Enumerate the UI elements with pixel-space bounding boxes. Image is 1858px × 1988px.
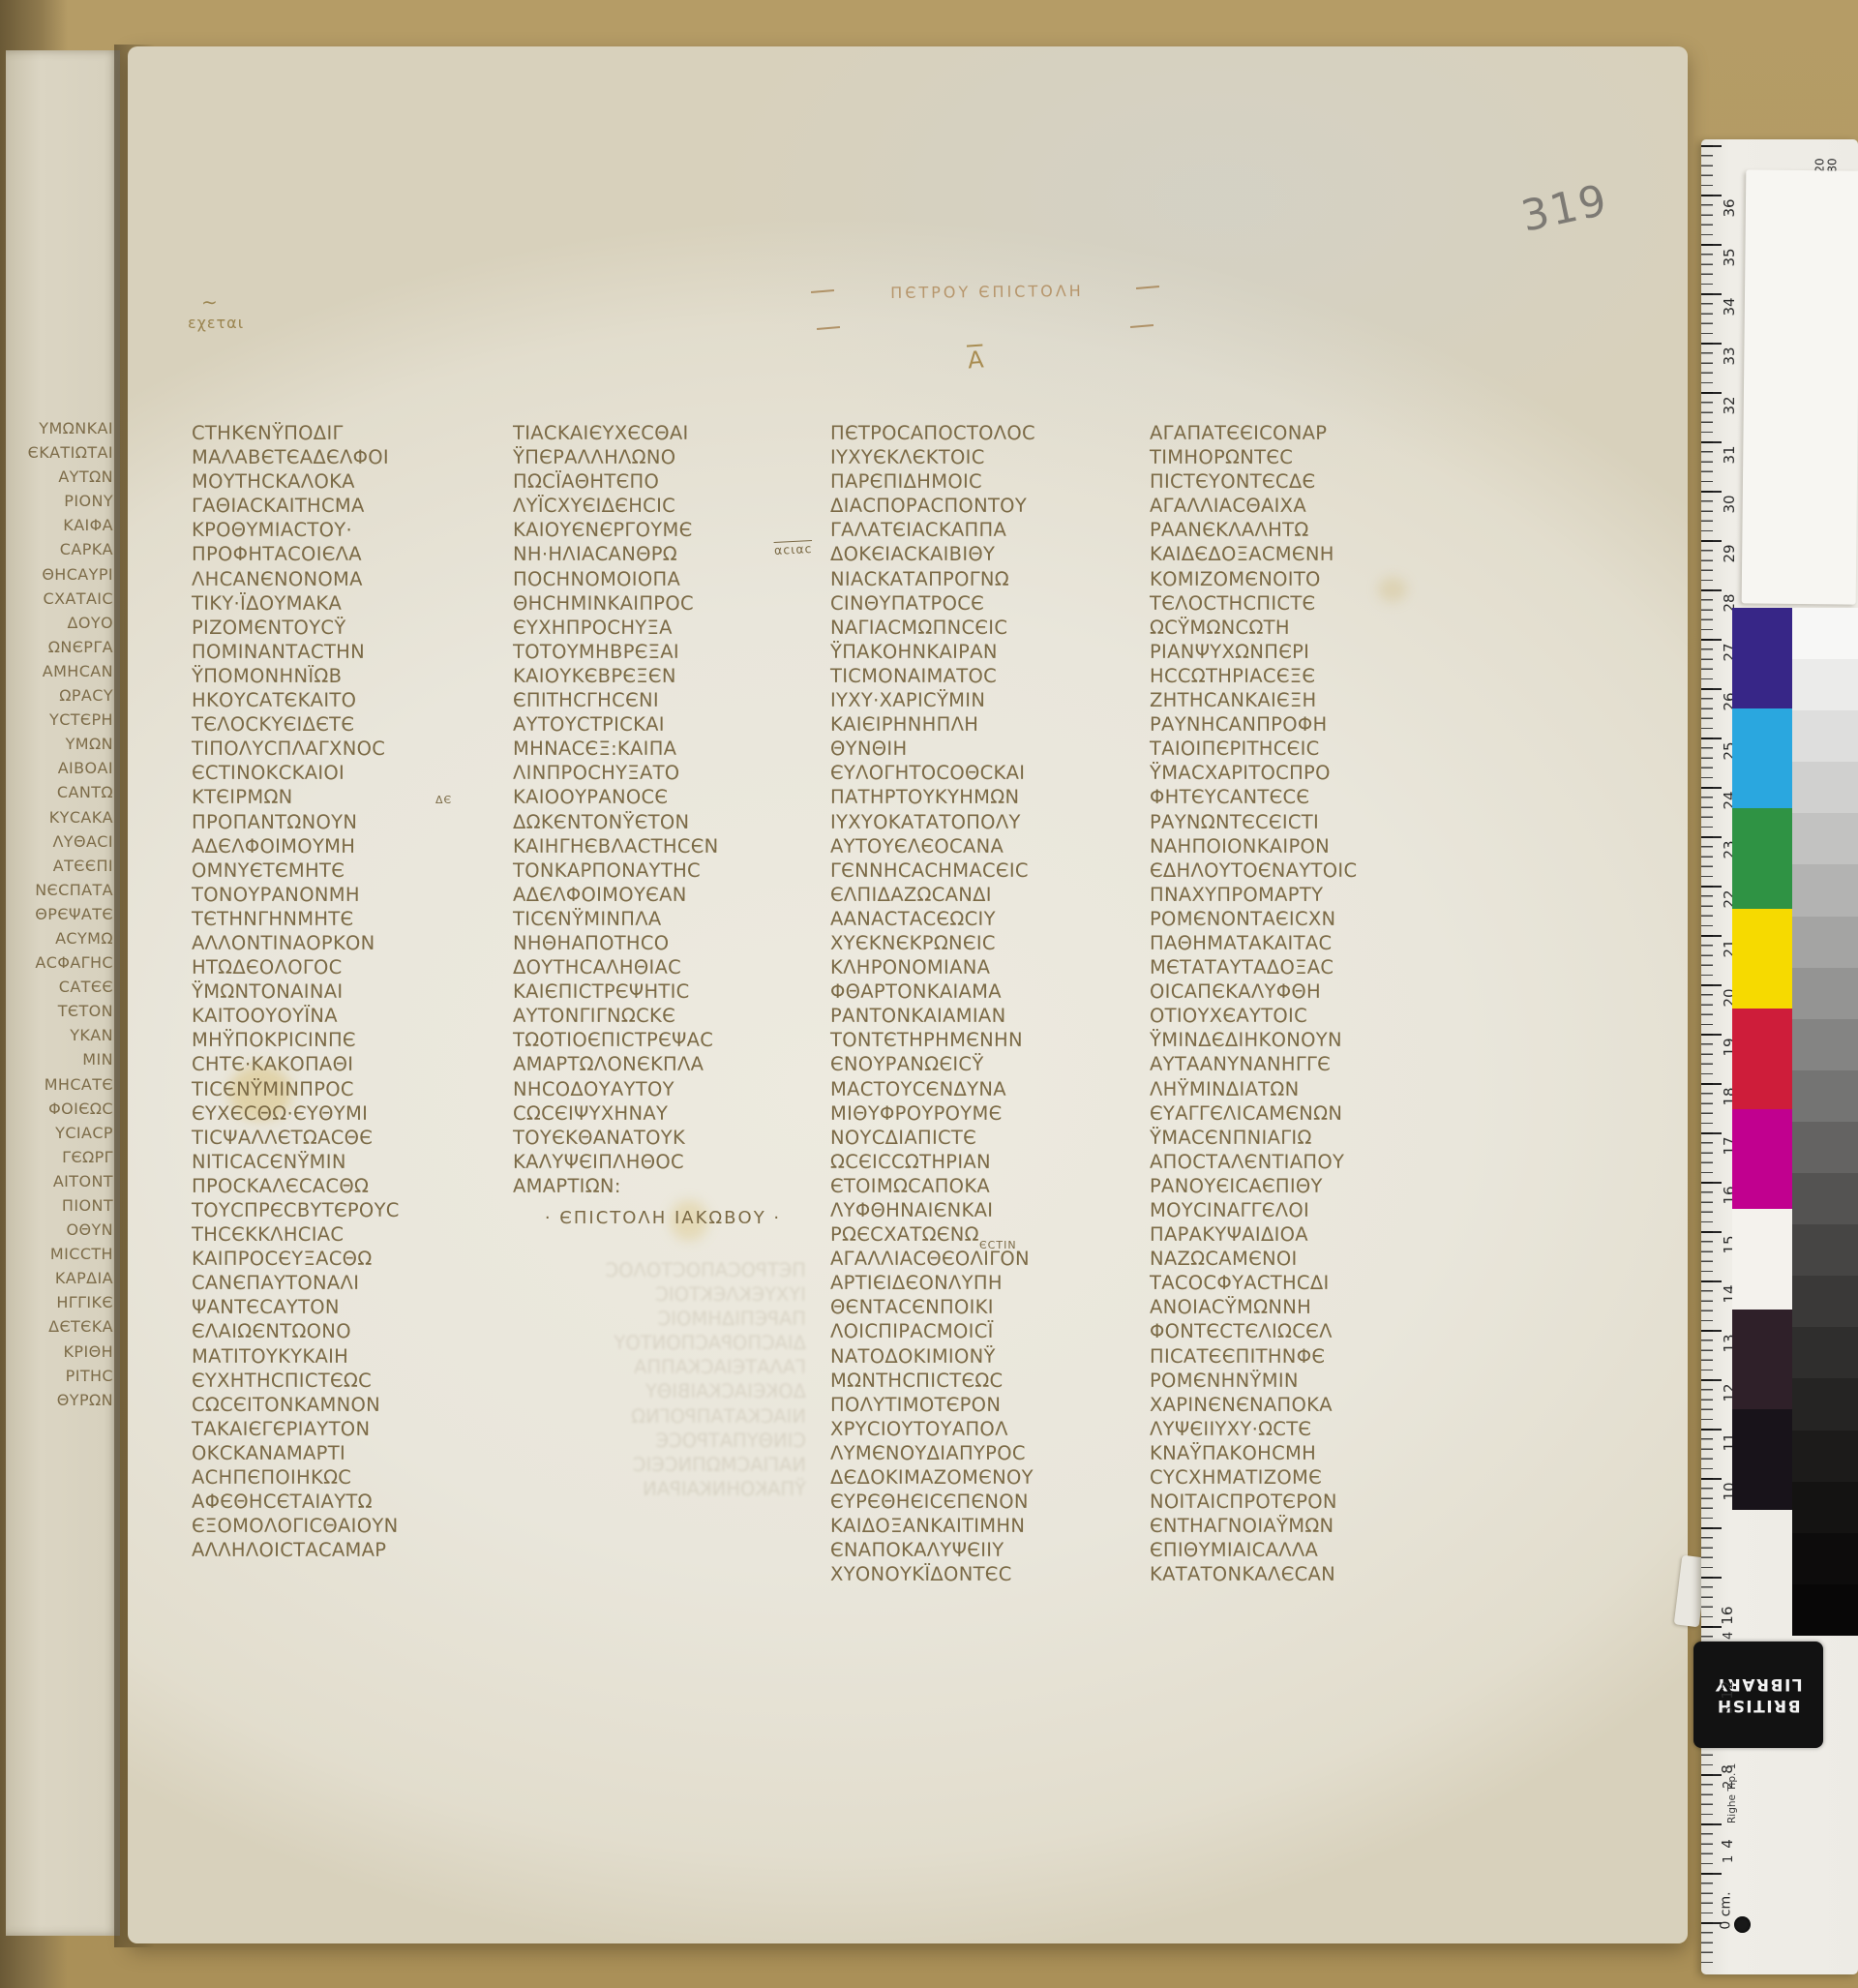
manuscript-line: ΑΛΛΗΛΟΙCΤΑCΑΜΑΡ <box>192 1538 501 1562</box>
manuscript-line: CΩCЄΙΨΥΧΗΝΑΥ <box>513 1101 823 1126</box>
facing-page-line-fragment: ΑCΦΑΓΗC <box>6 950 120 975</box>
gray-step <box>1792 1019 1858 1070</box>
white-calibration-card <box>1742 169 1858 604</box>
gray-step <box>1792 710 1858 762</box>
facing-page-line-fragment: ΥΜΩΝΚΑΙ <box>6 416 120 440</box>
manuscript-line: ΫΠЄΡΑΛΛΗΛΩΝΟ <box>513 445 823 469</box>
gray-step <box>1792 762 1858 813</box>
manuscript-line: ΚΑΙΗΓΗЄΒΛΑCΤΗCЄΝ <box>513 834 823 858</box>
manuscript-line: ЄΝΑΠΟΚΑΛΥΨЄΙΙΥ <box>830 1538 1140 1562</box>
manuscript-line: ΫΜΑCЄΝΠΝΙΑΓΙΩ <box>1150 1126 1459 1150</box>
pair-big: 4 <box>1719 1839 1736 1849</box>
manuscript-line: ΑΥΤΟΥCΤΡΙCΚΑΙ <box>513 712 823 737</box>
facing-page-line-fragment: ΝЄCΠΑΤΑ <box>6 878 120 902</box>
facing-page-line-fragment: ΜΗCΑΤЄ <box>6 1072 120 1097</box>
manuscript-line: ΤΟΥЄΚΘΑΝΑΤΟΥΚ <box>513 1126 823 1150</box>
manuscript-line: ΠΑΡЄΠΙΔΗΜΟΙC <box>830 469 1140 494</box>
facing-page-line-fragment: ΤЄΤΟΝ <box>6 999 120 1023</box>
facing-page-line-fragment: ΑΥΤΩΝ <box>6 465 120 489</box>
manuscript-line: ΓΑΘΙΑCΚΑΙΤΗCΜΑ <box>192 494 501 518</box>
corrector-note-de: ΔЄ <box>435 794 452 806</box>
facing-page-line-fragment: ΔΟΥΟ <box>6 611 120 635</box>
manuscript-line: ΑΑΝΑCΤΑCЄΩCΙΥ <box>830 907 1140 931</box>
manuscript-line: ΛΥΦΘΗΝΑΙЄΝΚΑΙ <box>830 1198 1140 1222</box>
manuscript-line: ЄΠΙΤΗCΓΗCЄΝΙ <box>513 688 823 712</box>
facing-page-line-fragment: ΜΙCCΤΗ <box>6 1242 120 1266</box>
facing-page-line-fragment: ΚΑΡΔΙΑ <box>6 1266 120 1290</box>
manuscript-line: ΩCЄΙCCΩΤΗΡΙΑΝ <box>830 1150 1140 1174</box>
manuscript-line: ΑΓΑΛΛΙΑCΘΑΙΧΑ <box>1150 494 1459 518</box>
facing-page-line-fragment: ΥCΙΑCΡ <box>6 1121 120 1145</box>
facing-page-line-fragment: ΟΘΥΝ <box>6 1218 120 1242</box>
manuscript-line: ЄΥΧΗΤΗCΠΙCΤЄΩC <box>192 1369 501 1393</box>
james-subscription: · ЄΠΙCΤΟΛΗ ΙΑΚΩΒΟΥ · <box>513 1208 813 1228</box>
manuscript-line: ΚΑΙЄΠΙCΤΡЄΨΗΤΙC <box>513 979 823 1004</box>
facing-page-line-fragment: ΩΝЄΡΓΑ <box>6 635 120 659</box>
facing-page-line-fragment: ΜΙΝ <box>6 1047 120 1071</box>
title-flourish <box>811 289 834 293</box>
quire-note-echetai: εχεται <box>188 314 244 332</box>
manuscript-line: ΑΡΤΙЄΙΔЄΟΝΛΥΠΗ <box>830 1271 1140 1295</box>
manuscript-line: ΡΟΜЄΝΟΝΤΑЄΙCΧΝ <box>1150 907 1459 931</box>
manuscript-line: ΚΑΙΔЄΔΟΞΑCΜЄΝΗ <box>1150 542 1459 566</box>
manuscript-line: ΡΑΑΝЄΚΛΑΛΗΤΩ <box>1150 518 1459 542</box>
manuscript-line: ΚΑΙΟΥЄΝЄΡΓΟΥΜЄ <box>513 518 823 542</box>
manuscript-line: ΠΑΡΑΚΥΨΑΙΔΙΟΑ <box>1150 1222 1459 1247</box>
facing-page-line-fragment: ΦΟΙЄΩC <box>6 1097 120 1121</box>
manuscript-line: ΜЄΤΑΤΑΥΤΑΔΟΞΑC <box>1150 955 1459 979</box>
corrector-note-estin: ЄCΤΙΝ <box>979 1239 1017 1251</box>
manuscript-line: ЄΤΟΙΜΩCΑΠΟΚΑ <box>830 1174 1140 1198</box>
manuscript-line: ΓΑΛΑΤЄΙΑCΚΑΠΠΑ <box>830 518 1140 542</box>
manuscript-line: ΠΡΟCΚΑΛЄCΑCΘΩ <box>192 1174 501 1198</box>
manuscript-line: ΧΑΡΙΝЄΝЄΝΑΠΟΚΑ <box>1150 1393 1459 1417</box>
gray-step <box>1792 864 1858 916</box>
ruler-number: 35 <box>1721 243 1738 272</box>
facing-page-line-fragment: ΥΚΑΝ <box>6 1023 120 1047</box>
manuscript-line: ΙΥΧΥЄΚΛЄΚΤΟΙC <box>830 445 1140 469</box>
manuscript-line: ΟΤΙΟΥΧЄΑΥΤΟΙC <box>1150 1004 1459 1028</box>
manuscript-line: ΠΝΑΧΥΠΡΟΜΑΡΤΥ <box>1150 883 1459 907</box>
manuscript-line: ЄΝΟΥΡΑΝΩЄΙCΫ <box>830 1052 1140 1076</box>
bleedthrough-line: ΠЄΤΡΟCΑΠΟCΤΟΛΟC <box>511 1258 806 1282</box>
manuscript-line: ΑΜΑΡΤΙΩΝ: <box>513 1174 823 1198</box>
manuscript-line: ΚΡΟΘΥΜΙΑCΤΟΥ· <box>192 518 501 542</box>
manuscript-line: ΟΙCΑΠЄΚΑΛΥΦΘΗ <box>1150 979 1459 1004</box>
manuscript-line: ΚΟΜΙΖΟΜЄΝΟΙΤΟ <box>1150 567 1459 591</box>
manuscript-line: ΑΦЄΘΗCЄΤΑΙΑΥΤΩ <box>192 1490 501 1514</box>
facing-page-line-fragment: ΡΙΤΗC <box>6 1364 120 1388</box>
manuscript-line: ΤΙΜΗΟΡΩΝΤЄC <box>1150 445 1459 469</box>
manuscript-line: ΡΑΝΤΟΝΚΑΙΑΜΙΑΝ <box>830 1004 1140 1028</box>
gray-step <box>1792 1584 1858 1636</box>
manuscript-line: ΛΥΪCΧΥЄΙΔЄΗCΙC <box>513 494 823 518</box>
manuscript-line: ΚΤЄΙΡΜΩΝ <box>192 785 501 809</box>
manuscript-line: ΡΙΑΝΨΥΧΩΝΠЄΡΙ <box>1150 640 1459 664</box>
manuscript-line: ΚΑΛΥΨЄΙΠΛΗΘΟC <box>513 1150 823 1174</box>
manuscript-line: ΜΟΥΤΗCΚΑΛΟΚΑ <box>192 469 501 494</box>
manuscript-line: ΜΑCΤΟΥCЄΝΔΥΝΑ <box>830 1077 1140 1101</box>
facing-page-line-fragment: ΥΜΩΝ <box>6 732 120 756</box>
facing-page-line-fragment: ΘΗCΑΥΡΙ <box>6 562 120 587</box>
bleedthrough-line: ΓΑΛΑΤЄΙΑCΚΑΠΠΑ <box>511 1355 806 1379</box>
manuscript-line: ΝΗΘΗΑΠΟΤΗCΟ <box>513 931 823 955</box>
color-patch <box>1732 608 1792 708</box>
manuscript-line: CΩCЄΙΤΟΝΚΑΜΝΟΝ <box>192 1393 501 1417</box>
gray-step <box>1792 1378 1858 1430</box>
manuscript-line: ΑΝΟΙΑCΫΜΩΝΝΗ <box>1150 1295 1459 1319</box>
manuscript-line: ΑΥΤΑΑΝΥΝΑΝΗΓΓЄ <box>1150 1052 1459 1076</box>
manuscript-line: ΨΑΝΤЄCΑΥΤΟΝ <box>192 1295 501 1319</box>
facing-page-line-fragment: ΛΥΘΑCΙ <box>6 829 120 854</box>
manuscript-line: ΟΚCΚΑΝΑΜΑΡΤΙ <box>192 1441 501 1465</box>
color-patch <box>1732 909 1792 1009</box>
manuscript-line: ΔΙΑCΠΟΡΑCΠΟΝΤΟΥ <box>830 494 1140 518</box>
facing-page-line-fragment: ΔЄΤЄΚΑ <box>6 1314 120 1339</box>
manuscript-line: CΑΝЄΠΑΥΤΟΝΑΛΙ <box>192 1271 501 1295</box>
facing-page-line-fragment: ΚΥCΑΚΑ <box>6 805 120 829</box>
manuscript-line: ΜΗΫΠΟΚΡΙCΙΝΠЄ <box>192 1028 501 1052</box>
manuscript-line: ΫΜΩΝΤΟΝΑΙΝΑΙ <box>192 979 501 1004</box>
manuscript-line: ΤЄΤΗΝΓΗΝΜΗΤЄ <box>192 907 501 931</box>
pair-big: 16 <box>1719 1607 1736 1625</box>
manuscript-line: ΠΡΟΦΗΤΑCΟΙЄΛΑ <box>192 542 501 566</box>
manuscript-line: ΛΙΝΠΡΟCΗΥΞΑΤΟ <box>513 761 823 785</box>
ruler-pair-number: 312 <box>1719 1670 1736 1714</box>
bleedthrough-line: ΫΠΑΚΟΗΝΚΑΙΡΑΝ <box>511 1477 806 1501</box>
manuscript-line: ΦΗΤЄΥCΑΝΤЄCЄ <box>1150 785 1459 809</box>
manuscript-line: ΤΑCΟCΦΥΑCΤΗCΔΙ <box>1150 1271 1459 1295</box>
manuscript-line: ΫΠΑΚΟΗΝΚΑΙΡΑΝ <box>830 640 1140 664</box>
facing-page-line-fragment: ΥCΤЄΡΗ <box>6 708 120 732</box>
manuscript-line: ΑΔЄΛΦΟΙΜΟΥΜΗ <box>192 834 501 858</box>
manuscript-line: ΟΜΝΥЄΤЄΜΗΤЄ <box>192 858 501 883</box>
title-flourish <box>1136 286 1159 289</box>
calibration-ruler: 20 80 3635343332313029282726252423222120… <box>1701 139 1858 1974</box>
manuscript-line: ЄΝΤΗΑΓΝΟΙΑΫΜΩΝ <box>1150 1514 1459 1538</box>
manuscript-line: ΘΗCΗΜΙΝΚΑΙΠΡΟC <box>513 591 823 616</box>
manuscript-line: ΧΥΟΝΟΥΚΪΔΟΝΤЄC <box>830 1562 1140 1586</box>
grayscale-ramp <box>1792 608 1858 1636</box>
gray-step <box>1792 1327 1858 1378</box>
manuscript-line: ΤΙCΜΟΝΑΙΜΑΤΟC <box>830 664 1140 688</box>
manuscript-line: ΜΟΥCΙΝΑΓΓЄΛΟΙ <box>1150 1198 1459 1222</box>
folio-number-pencil: 319 <box>1517 175 1613 242</box>
manuscript-line: ΛΗCΑΝЄΝΟΝΟΜΑ <box>192 567 501 591</box>
facing-page-edge: ΥΜΩΝΚΑΙЄΚΑΤΙΩΤΑΙΑΥΤΩΝΡΙΟΝΥΚΑΙΦΑCΑΡΚΑΘΗCΑ… <box>6 50 120 1936</box>
manuscript-line: ΤΙCЄΝΫΜΙΝΠΡΟC <box>192 1077 501 1101</box>
gray-step <box>1792 1224 1858 1276</box>
manuscript-line: ΤΟΝΤЄΤΗΡΗΜЄΝΗΝ <box>830 1028 1140 1052</box>
manuscript-line: ΠΑΤΗΡΤΟΥΚΥΗΜΩΝ <box>830 785 1140 809</box>
manuscript-line: ЄΥΛΟΓΗΤΟCΟΘCΚΑΙ <box>830 761 1140 785</box>
ruler-number: 30 <box>1721 490 1738 519</box>
manuscript-line: ΑΠΟCΤΑΛЄΝΤΙΑΠΟΥ <box>1150 1150 1459 1174</box>
manuscript-line: ΠΟCΗΝΟΜΟΙΟΠΑ <box>513 567 823 591</box>
ruler-number: 36 <box>1721 194 1738 223</box>
manuscript-line: ΚΑΙЄΙΡΗΝΗΠΛΗ <box>830 712 1140 737</box>
manuscript-line: ΛΟΙCΠΙΡΑCΜΟΙCΪ <box>830 1319 1140 1343</box>
manuscript-line: ΤΑΚΑΙЄΓЄΡΙΑΥΤΟΝ <box>192 1417 501 1441</box>
bleedthrough-line: ΔΙΑCΠΟΡΑCΠΟΝΤΟΥ <box>511 1331 806 1355</box>
bleedthrough-line: ΔΟΚЄΙΑCΚΑΙΒΙΘΥ <box>511 1379 806 1403</box>
gray-step <box>1792 1276 1858 1327</box>
manuscript-line: ΤЄΛΟCΚΥЄΙΔЄΤЄ <box>192 712 501 737</box>
title-flourish <box>817 326 840 330</box>
manuscript-line: ΠΡΟΠΑΝΤΩΝΟΥΝ <box>192 810 501 834</box>
ink-bleedthrough: ΠЄΤΡΟCΑΠΟCΤΟΛΟCΙΥΧΥЄΚΛЄΚΤΟΙCΠΑΡЄΠΙΔΗΜΟΙC… <box>511 1258 806 1512</box>
manuscript-line: CΤΗΚЄΝΫΠΟΔΙΓ <box>192 421 501 445</box>
manuscript-line: ΜΩΝΤΗCΠΙCΤЄΩC <box>830 1369 1140 1393</box>
manuscript-line: ΤΙΚΥ·ΪΔΟΥΜΑΚΑ <box>192 591 501 616</box>
gray-step <box>1792 608 1858 659</box>
manuscript-line: ΠΟΜΙΝΑΝΤΑCΤΗΝ <box>192 640 501 664</box>
manuscript-line: ЄΛΠΙΔΑΖΩCΑΝΔΙ <box>830 883 1140 907</box>
text-column-4: ΑΓΑΠΑΤЄЄΙCΟΝΑΡΤΙΜΗΟΡΩΝΤЄCΠΙCΤЄΥΟΝΤЄCΔЄΑΓ… <box>1150 421 1459 1587</box>
manuscript-line: ΔЄΔΟΚΙΜΑΖΟΜЄΝΟΥ <box>830 1465 1140 1490</box>
bleedthrough-line: ΙΥΧΥЄΚΛЄΚΤΟΙC <box>511 1282 806 1307</box>
manuscript-line: ΙΥΧΥ·ΧΑΡΙCΫΜΙΝ <box>830 688 1140 712</box>
manuscript-line: ΫΜΙΝΔЄΔΙΗΚΟΝΟΥΝ <box>1150 1028 1459 1052</box>
color-patch <box>1732 1409 1792 1510</box>
facing-page-line-fragment: ΚΡΙΘΗ <box>6 1340 120 1364</box>
manuscript-line: ЄΛΑΙΩЄΝΤΩΟΝΟ <box>192 1319 501 1343</box>
ruler-number: 33 <box>1721 342 1738 371</box>
gray-step <box>1792 1482 1858 1533</box>
facing-page-line-fragment: CΑΝΤΩ <box>6 780 120 804</box>
manuscript-line: ΤΙΑCΚΑΙЄΥΧЄCΘΑΙ <box>513 421 823 445</box>
manuscript-line: ΓЄΝΝΗCΑCΗΜΑCЄΙC <box>830 858 1140 883</box>
facing-page-line-fragment: ЄΚΑΤΙΩΤΑΙ <box>6 440 120 465</box>
manuscript-line: ΤΙCΨΑΛΛЄΤΩΑCΘЄ <box>192 1126 501 1150</box>
manuscript-line: ΝΑΤΟΔΟΚΙΜΙΟΝΫ <box>830 1344 1140 1369</box>
manuscript-line: ΡΑΥΝΗCΑΝΠΡΟΦΗ <box>1150 712 1459 737</box>
manuscript-line: ΙΥΧΥΟΚΑΤΑΤΟΠΟΛΥ <box>830 810 1140 834</box>
color-patch <box>1732 808 1792 909</box>
manuscript-line: ΤΙΠΟΛΥCΠΛΑΓΧΝΟC <box>192 737 501 761</box>
manuscript-line: ΧΥЄΚΝЄΚΡΩΝЄΙC <box>830 931 1140 955</box>
manuscript-line: CΙΝΘΥΠΑΤΡΟCЄ <box>830 591 1140 616</box>
facing-page-line-fragment: CΧΑΤΑΙC <box>6 587 120 611</box>
ruler-righe-label: Righe Tip. 1 <box>1726 1763 1738 1823</box>
facing-page-line-fragment: ΡΙΟΝΥ <box>6 489 120 513</box>
gray-step <box>1792 1173 1858 1224</box>
manuscript-line: ΚΑΙΠΡΟCЄΥΞΑCΘΩ <box>192 1247 501 1271</box>
manuscript-line: ΡΙΖΟΜЄΝΤΟΥCΫ <box>192 616 501 640</box>
bleedthrough-line: ΝΑΓΙΑCΜΩΠΝCЄΙC <box>511 1453 806 1477</box>
gray-step <box>1792 968 1858 1019</box>
manuscript-line: ЄΥΡЄΘΗЄΙCЄΠЄΝΟΝ <box>830 1490 1140 1514</box>
facing-page-line-fragment: ΓЄΩΡΓ <box>6 1145 120 1169</box>
ruler-pair-number: 416 <box>1719 1595 1736 1640</box>
manuscript-line: ΜΗΝΑCЄΞ:ΚΑΙΠΑ <box>513 737 823 761</box>
manuscript-line: ΚΑΙΟΥΚЄΒΡЄΞЄΝ <box>513 664 823 688</box>
manuscript-line: ΦΘΑΡΤΟΝΚΑΙΑΜΑ <box>830 979 1140 1004</box>
manuscript-page: 319 ΠЄΤΡΟΥ ЄΠΙCΤΟΛΗ Α ∼ εχεται CΤΗΚЄΝΫΠΟ… <box>128 46 1688 1943</box>
ruler-number: 31 <box>1721 440 1738 469</box>
manuscript-line: ΜΑΛΑΒЄΤЄΑΔЄΛΦΟΙ <box>192 445 501 469</box>
gray-step <box>1792 917 1858 968</box>
facing-page-line-fragment: ΩΡΑCΥ <box>6 683 120 708</box>
manuscript-line: ΤΟΝΚΑΡΠΟΝΑΥΤΗC <box>513 858 823 883</box>
manuscript-line: ΡΑΝΟΥЄΙCΑЄΠΙΘΥ <box>1150 1174 1459 1198</box>
pair-small: 3 <box>1722 1706 1736 1714</box>
bleedthrough-line: ΠΑΡЄΠΙΔΗΜΟΙC <box>511 1307 806 1331</box>
facing-page-line-fragment: CΑΤЄЄ <box>6 975 120 999</box>
manuscript-line: ΝΑΓΙΑCΜΩΠΝCЄΙC <box>830 616 1140 640</box>
manuscript-line: CΗΤЄ·ΚΑΚΟΠΑΘΙ <box>192 1052 501 1076</box>
manuscript-line: ΤΙCЄΝΫΜΙΝΠΛΑ <box>513 907 823 931</box>
gray-step <box>1792 1122 1858 1173</box>
manuscript-line: ΠΩCΪΑΘΗΤЄΠΟ <box>513 469 823 494</box>
manuscript-line: ΘЄΝΤΑCЄΝΠΟΙΚΙ <box>830 1295 1140 1319</box>
manuscript-line: ЄΥΧЄCΘΩ·ЄΥΘΥΜΙ <box>192 1101 501 1126</box>
manuscript-line: ΠЄΤΡΟCΑΠΟCΤΟΛΟC <box>830 421 1140 445</box>
manuscript-line: ЄΠΙΘΥΜΙΑΙCΑΛΛΑ <box>1150 1538 1459 1562</box>
manuscript-line: ΜΑΤΙΤΟΥΚΥΚΑΙΗ <box>192 1344 501 1369</box>
manuscript-line: ΤΟΝΟΥΡΑΝΟΝΜΗ <box>192 883 501 907</box>
facing-page-line-fragment: ΑΙΤΟΝΤ <box>6 1169 120 1193</box>
manuscript-line: ΑΛΛΟΝΤΙΝΑΟΡΚΟΝ <box>192 931 501 955</box>
pair-big: 12 <box>1719 1681 1736 1700</box>
manuscript-line: ΩCΫΜΩΝCΩΤΗ <box>1150 616 1459 640</box>
color-patch <box>1732 1209 1792 1310</box>
manuscript-line: ΠΙCΑΤЄЄΠΙΤΗΝΦЄ <box>1150 1344 1459 1369</box>
manuscript-line: ΑΥΤΟΥЄΛЄΟCΑΝΑ <box>830 834 1140 858</box>
color-patch-column <box>1732 608 1792 1510</box>
ruler-number: 34 <box>1721 292 1738 321</box>
manuscript-line: ΚΑΙΤΟΟΥΟΥΪΝΑ <box>192 1004 501 1028</box>
facing-page-line-fragment: ΑCΥΜΩ <box>6 926 120 950</box>
title-flourish <box>1130 324 1154 328</box>
manuscript-line: ΛΗΫΜΙΝΔΙΑΤΩΝ <box>1150 1077 1459 1101</box>
manuscript-line: ΝΙΤΙCΑCЄΝΫΜΙΝ <box>192 1150 501 1174</box>
running-title: ΠЄΤΡΟΥ ЄΠΙCΤΟΛΗ <box>852 282 1123 303</box>
manuscript-line: ΛΥΜЄΝΟΥΔΙΑΠΥΡΟC <box>830 1441 1140 1465</box>
gray-step <box>1792 659 1858 710</box>
ruler-pair-number: 14 <box>1719 1819 1736 1863</box>
manuscript-line: ΗCCΩΤΗΡΙΑCЄΞЄ <box>1150 664 1459 688</box>
manuscript-line: ΝΟΙΤΑΙCΠΡΟΤЄΡΟΝ <box>1150 1490 1459 1514</box>
text-column-1: CΤΗΚЄΝΫΠΟΔΙΓΜΑΛΑΒЄΤЄΑΔЄΛΦΟΙΜΟΥΤΗCΚΑΛΟΚΑΓ… <box>192 421 501 1562</box>
manuscript-line: ΚΑΙΟΟΥΡΑΝΟCЄ <box>513 785 823 809</box>
manuscript-line: ΚΝΑΫΠΑΚΟΗCΜΗ <box>1150 1441 1459 1465</box>
color-patch <box>1732 1009 1792 1109</box>
manuscript-line: ΝΟΥCΔΙΑΠΙCΤЄ <box>830 1126 1140 1150</box>
manuscript-line: ΗΤΩΔЄΟΛΟΓΟC <box>192 955 501 979</box>
manuscript-line: ΤΑΙΟΙΠЄΡΙΤΗCЄΙC <box>1150 737 1459 761</box>
manuscript-line: ЄΞΟΜΟΛΟΓΙCΘΑΙΟΥΝ <box>192 1514 501 1538</box>
color-patch <box>1732 708 1792 809</box>
manuscript-line: ΧΡΥCΙΟΥΤΟΥΑΠΟΛ <box>830 1417 1140 1441</box>
british-library-label: BRITISH LIBRARY <box>1693 1642 1823 1748</box>
gray-step <box>1792 1070 1858 1122</box>
manuscript-line: ΜΙΘΥΦΡΟΥΡΟΥΜЄ <box>830 1101 1140 1126</box>
gray-step <box>1792 813 1858 864</box>
photograph-manuscript-page: { "palette":{"mat":"#b0975f","parchment"… <box>0 0 1858 1988</box>
manuscript-line: ΠΑΘΗΜΑΤΑΚΑΙΤΑC <box>1150 931 1459 955</box>
gray-step <box>1792 1533 1858 1584</box>
facing-page-line-fragment: ΚΑΙΦΑ <box>6 513 120 537</box>
bleedthrough-line: CΙΝΘΥΠΑΤΡΟCЄ <box>511 1429 806 1453</box>
facing-page-line-fragment: ΑΤЄЄΠΙ <box>6 854 120 878</box>
manuscript-line: ΫΠΟΜΟΝΗΝΪΩΒ <box>192 664 501 688</box>
manuscript-line: ΤΩΟΤΙΟЄΠΙCΤΡЄΨΑC <box>513 1028 823 1052</box>
manuscript-line: ΔΟΚЄΙΑCΚΑΙΒΙΘΥ <box>830 542 1140 566</box>
manuscript-line: ΦΟΝΤЄCΤЄΛΙΩCЄΛ <box>1150 1319 1459 1343</box>
text-column-3: ΠЄΤΡΟCΑΠΟCΤΟΛΟCΙΥΧΥЄΚΛЄΚΤΟΙCΠΑΡЄΠΙΔΗΜΟΙC… <box>830 421 1140 1587</box>
manuscript-line: ΛΥΨЄΙΙΥΧΥ·ΩCΤЄ <box>1150 1417 1459 1441</box>
manuscript-line: ΘΥΝΘΙΗ <box>830 737 1140 761</box>
manuscript-line: ΤΟΥCΠΡЄCΒΥΤЄΡΟΥC <box>192 1198 501 1222</box>
manuscript-line: ΠΟΛΥΤΙΜΟΤЄΡΟΝ <box>830 1393 1140 1417</box>
pair-small: 1 <box>1722 1855 1736 1863</box>
gray-step <box>1792 1431 1858 1482</box>
pair-small: 4 <box>1722 1632 1736 1640</box>
manuscript-line: ΑCΗΠЄΠΟΙΗΚΩC <box>192 1465 501 1490</box>
manuscript-line: ΡΟΜЄΝΗΝΫΜΙΝ <box>1150 1369 1459 1393</box>
manuscript-line: ΫΜΑCΧΑΡΙΤΟCΠΡΟ <box>1150 761 1459 785</box>
color-patch <box>1732 1109 1792 1210</box>
margin-note-asias: αcιαc <box>774 541 813 557</box>
manuscript-line: ΝΗCΟΔΟΥΑΥΤΟΥ <box>513 1077 823 1101</box>
facing-page-line-fragment: CΑΡΚΑ <box>6 537 120 561</box>
facing-page-line-fragment: ΗΓΓΙΚЄ <box>6 1290 120 1314</box>
quire-numeral: Α <box>967 346 984 374</box>
manuscript-line: ΝΑΖΩCΑΜЄΝΟΙ <box>1150 1247 1459 1271</box>
manuscript-line: ΠΙCΤЄΥΟΝΤЄCΔЄ <box>1150 469 1459 494</box>
manuscript-line: CΥCΧΗΜΑΤΙΖΟΜЄ <box>1150 1465 1459 1490</box>
facing-page-line-fragment: ΑΙΒΟΑΙ <box>6 756 120 780</box>
manuscript-line: ΚΛΗΡΟΝΟΜΙΑΝΑ <box>830 955 1140 979</box>
facing-page-line-fragment: ΘΥΡΩΝ <box>6 1388 120 1412</box>
manuscript-line: ΖΗΤΗCΑΝΚΑΙЄΞΗ <box>1150 688 1459 712</box>
manuscript-line: ΡΑΥΝΩΝΤЄCЄΙCΤΙ <box>1150 810 1459 834</box>
color-patch <box>1732 1310 1792 1410</box>
facing-page-line-fragment: ΘΡЄΨΑΤЄ <box>6 902 120 926</box>
manuscript-line: ΗΚΟΥCΑΤЄΚΑΙΤΟ <box>192 688 501 712</box>
manuscript-line: ЄCΤΙΝΟΚCΚΑΙΟΙ <box>192 761 501 785</box>
manuscript-line: ЄΥΧΗΠΡΟCΗΥΞΑ <box>513 616 823 640</box>
manuscript-line: ΑΔЄΛΦΟΙΜΟΥЄΑΝ <box>513 883 823 907</box>
manuscript-line: ΔΟΥΤΗCΑΛΗΘΙΑC <box>513 955 823 979</box>
manuscript-line: ΤЄΛΟCΤΗCΠΙCΤЄ <box>1150 591 1459 616</box>
manuscript-line: ЄΔΗΛΟΥΤΟЄΝΑΥΤΟΙC <box>1150 858 1459 883</box>
manuscript-line: ΑΓΑΠΑΤЄЄΙCΟΝΑΡ <box>1150 421 1459 445</box>
manuscript-line: ΚΑΙΔΟΞΑΝΚΑΙΤΙΜΗΝ <box>830 1514 1140 1538</box>
quire-note-tilde: ∼ <box>201 290 218 314</box>
manuscript-line: ΑΜΑΡΤΩΛΟΝЄΚΠΛΑ <box>513 1052 823 1076</box>
text-column-2: ΤΙΑCΚΑΙЄΥΧЄCΘΑΙΫΠЄΡΑΛΛΗΛΩΝΟΠΩCΪΑΘΗΤЄΠΟΛΥ… <box>513 421 823 1198</box>
manuscript-line: ΔΩΚЄΝΤΟΝΫЄΤΟΝ <box>513 810 823 834</box>
ruler-punch-hole <box>1734 1916 1751 1933</box>
facing-page-line-fragment: ΑΜΗCΑΝ <box>6 659 120 683</box>
manuscript-line: ΑΥΤΟΝΓΙΓΝΩCΚЄ <box>513 1004 823 1028</box>
facing-page-line-fragment: ΠΙΟΝΤ <box>6 1193 120 1218</box>
manuscript-line: ΝΑΗΠΟΙΟΝΚΑΙΡΟΝ <box>1150 834 1459 858</box>
manuscript-line: ΚΑΤΑΤΟΝΚΑΛЄCΑΝ <box>1150 1562 1459 1586</box>
manuscript-line: ΤΗCЄΚΚΛΗCΙΑC <box>192 1222 501 1247</box>
bleedthrough-line: ΝΙΑCΚΑΤΑΠΡΟΓΝΩ <box>511 1404 806 1429</box>
manuscript-line: ЄΥΑΓΓЄΛΙCΑΜЄΝΩΝ <box>1150 1101 1459 1126</box>
manuscript-line: ΝΙΑCΚΑΤΑΠΡΟΓΝΩ <box>830 567 1140 591</box>
ruler-zero-label: 0 cm. <box>1719 1891 1734 1929</box>
ruler-number: 29 <box>1721 539 1738 568</box>
manuscript-line: ΤΟΤΟΥΜΗΒΡЄΞΑΙ <box>513 640 823 664</box>
ruler-number: 32 <box>1721 391 1738 420</box>
